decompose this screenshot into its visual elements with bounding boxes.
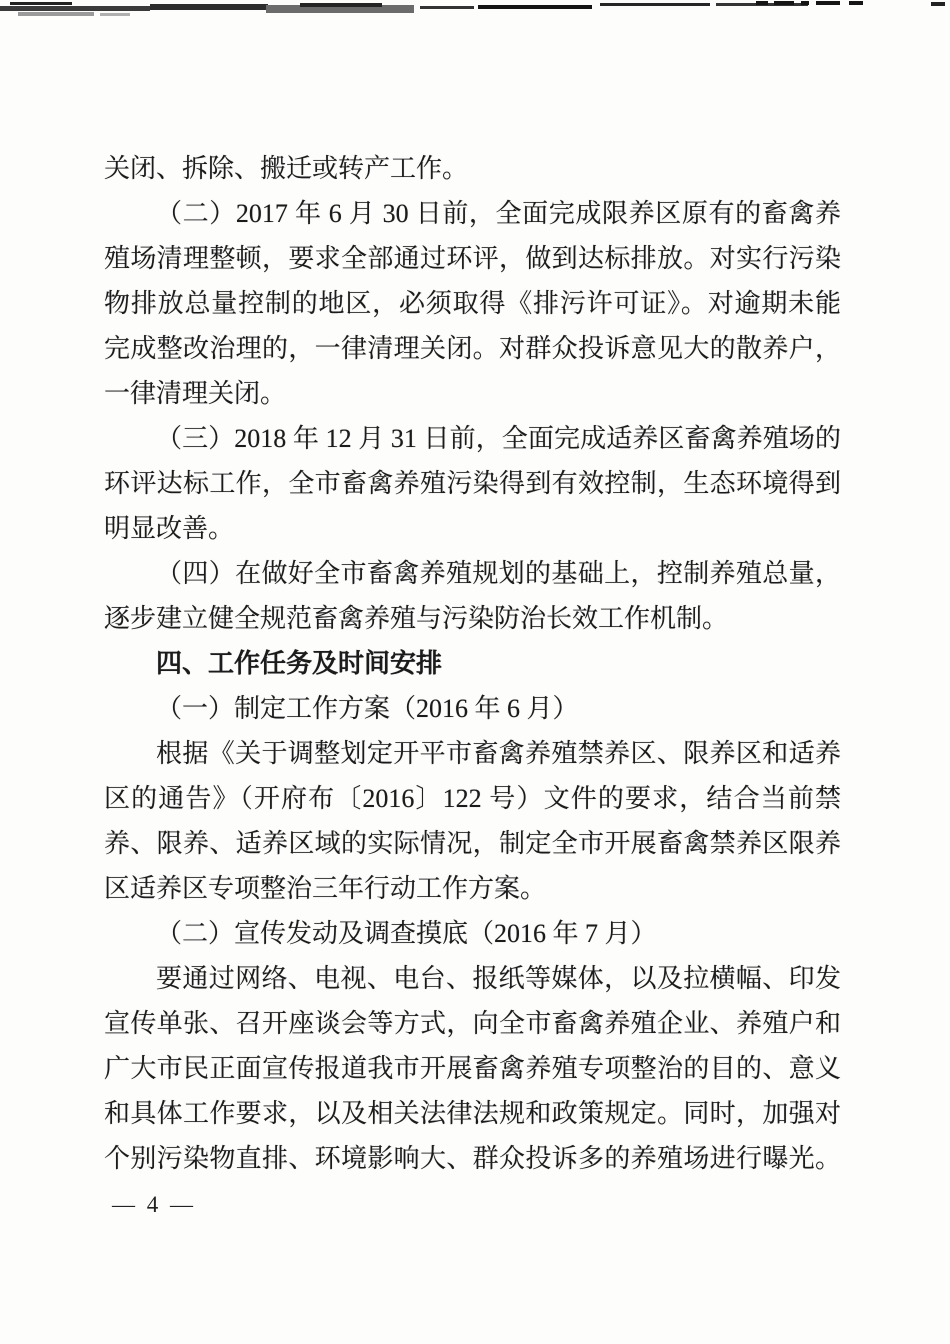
text-line: 根据《关于调整划定开平市畜禽养殖禁养区、限养区和适养 [104, 731, 841, 776]
text-line: （一）制定工作方案（2016 年 6 月） [104, 686, 841, 731]
scan-mark [756, 1, 768, 5]
section-heading-line: 四、工作任务及时间安排 [104, 641, 841, 686]
text-line: 物排放总量控制的地区，必须取得《排污许可证》。对逾期未能 [104, 281, 841, 326]
text-line: 宣传单张、召开座谈会等方式，向全市畜禽养殖企业、养殖户和 [104, 1001, 841, 1046]
text-line: 完成整改治理的，一律清理关闭。对群众投诉意见大的散养户， [104, 326, 841, 371]
text-line: （二）宣传发动及调查摸底（2016 年 7 月） [104, 911, 841, 956]
scan-artifact-top [0, 0, 950, 20]
scan-mark [10, 2, 72, 5]
text-line: （二）2017 年 6 月 30 日前，全面完成限养区原有的畜禽养 [104, 191, 841, 236]
text-line: 要通过网络、电视、电台、报纸等媒体，以及拉横幅、印发 [104, 956, 841, 1001]
page-number: — 4 — [112, 1192, 196, 1218]
scan-mark [478, 5, 592, 9]
text-line: 关闭、拆除、搬迁或转产工作。 [104, 146, 841, 191]
scan-mark [18, 12, 94, 16]
text-line: 个别污染物直排、环境影响大、群众投诉多的养殖场进行曝光。 [104, 1136, 841, 1181]
scan-mark [420, 6, 474, 9]
scan-mark [931, 2, 945, 6]
scan-mark [774, 1, 794, 5]
scan-mark [849, 1, 863, 5]
text-line: （四）在做好全市畜禽养殖规划的基础上，控制养殖总量， [104, 551, 841, 596]
text-line: 一律清理关闭。 [104, 371, 841, 416]
text-line: 广大市民正面宣传报道我市开展畜禽养殖专项整治的目的、意义 [104, 1046, 841, 1091]
scan-mark [816, 1, 840, 5]
scan-mark [600, 3, 710, 6]
text-line: 殖场清理整顿，要求全部通过环评，做到达标排放。对实行污染 [104, 236, 841, 281]
text-line: 和具体工作要求，以及相关法律法规和政策规定。同时，加强对 [104, 1091, 841, 1136]
document-page: 关闭、拆除、搬迁或转产工作。（二）2017 年 6 月 30 日前，全面完成限养… [0, 0, 950, 1344]
text-line: 环评达标工作，全市畜禽养殖污染得到有效控制，生态环境得到 [104, 461, 841, 506]
scan-mark [0, 6, 150, 11]
text-line: 区的通告》（开府布〔2016〕122 号）文件的要求，结合当前禁 [104, 776, 841, 821]
scan-mark [801, 1, 809, 5]
text-line: （三）2018 年 12 月 31 日前，全面完成适养区畜禽养殖场的 [104, 416, 841, 461]
scan-mark [150, 4, 268, 10]
text-line: 养、限养、适养区域的实际情况，制定全市开展畜禽禁养区限养 [104, 821, 841, 866]
text-line: 逐步建立健全规范畜禽养殖与污染防治长效工作机制。 [104, 596, 841, 641]
scan-mark [100, 13, 130, 16]
text-line: 明显改善。 [104, 506, 841, 551]
text-line: 区适养区专项整治三年行动工作方案。 [104, 866, 841, 911]
scan-mark [300, 3, 382, 7]
document-body: 关闭、拆除、搬迁或转产工作。（二）2017 年 6 月 30 日前，全面完成限养… [104, 146, 841, 1181]
